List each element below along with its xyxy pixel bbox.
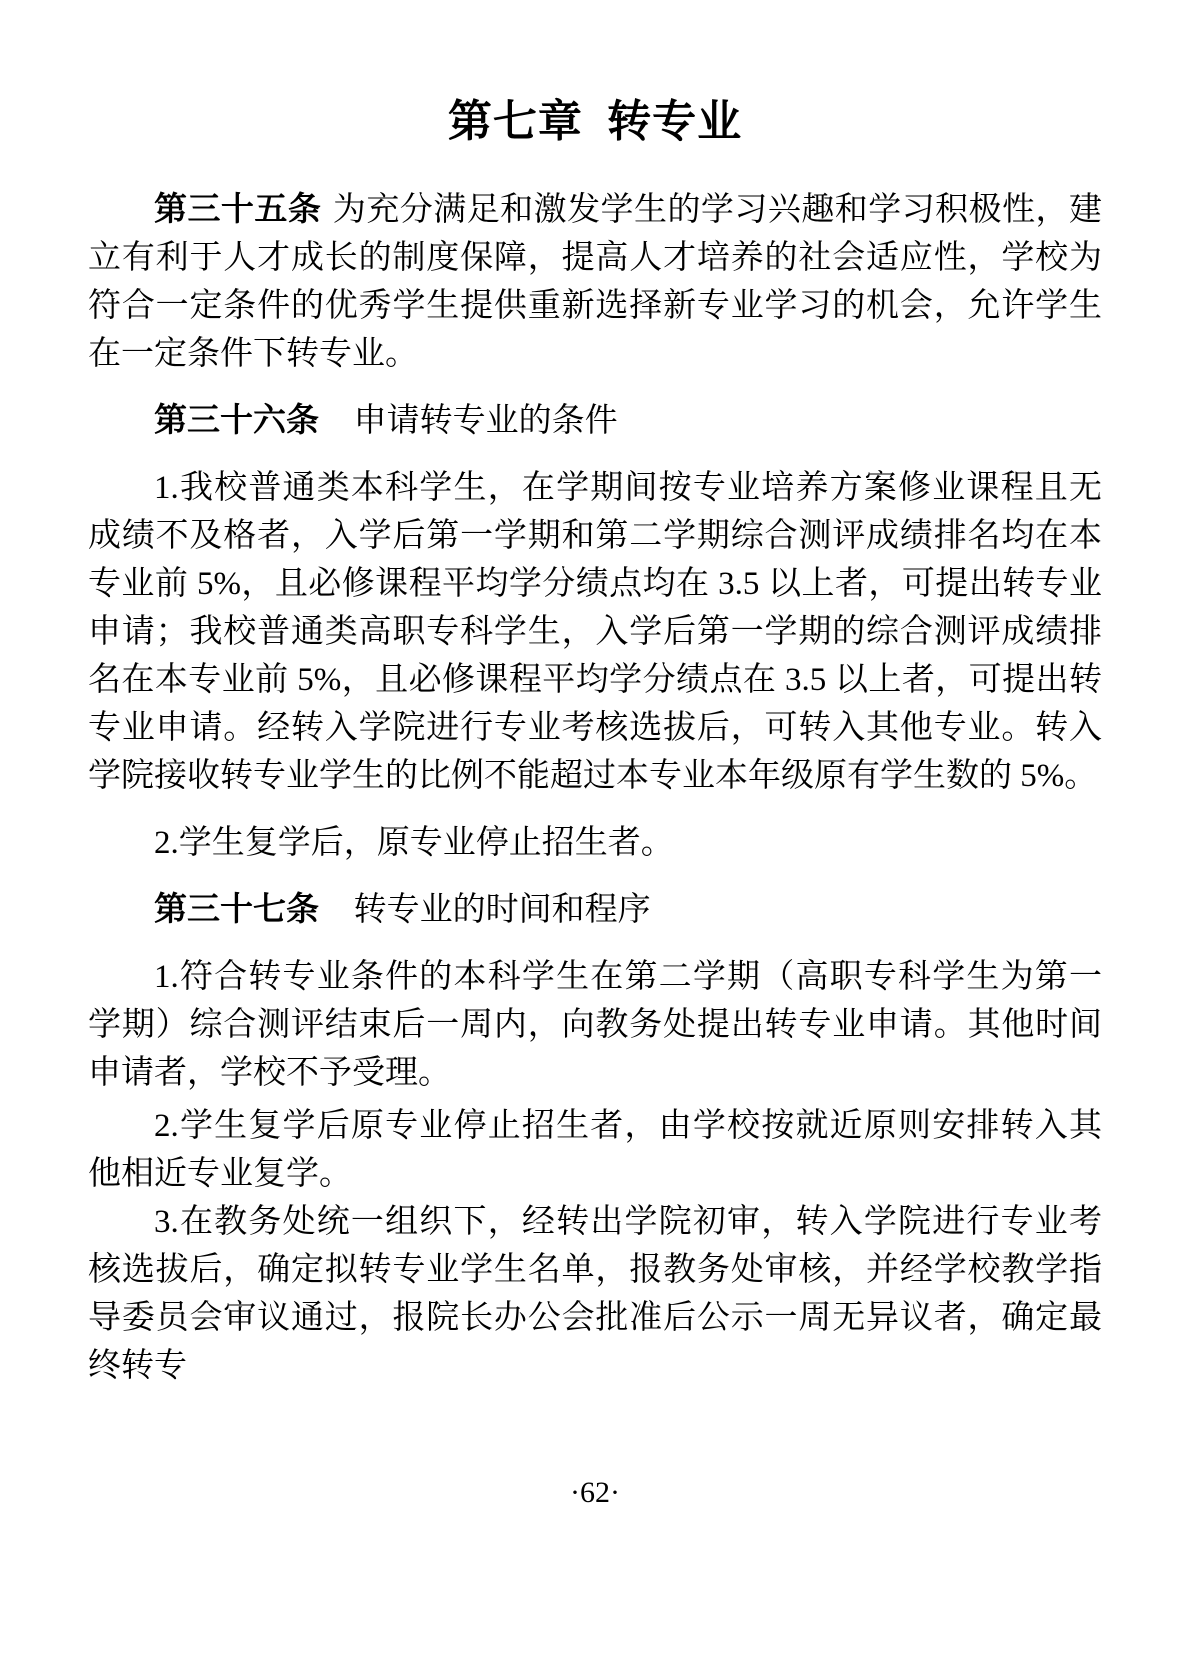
article-35-label: 第三十五条: [154, 192, 321, 228]
chapter-number: 第七章: [448, 97, 583, 146]
article-37-heading: 第三十七条转专业的时间和程序: [88, 886, 1102, 934]
article-36-heading-text: 申请转专业的条件: [354, 403, 618, 439]
article-36-item-2: 2.学生复学后，原专业停止招生者。: [88, 819, 1102, 867]
article-36-item-1: 1.我校普通类本科学生，在学期间按专业培养方案修业课程且无成绩不及格者，入学后第…: [88, 464, 1102, 800]
page-number: ·62·: [0, 1472, 1190, 1514]
article-37-item-1: 1.符合转专业条件的本科学生在第二学期（高职专科学生为第一学期）综合测评结束后一…: [88, 953, 1102, 1097]
document-page: 第七章转专业 第三十五条为充分满足和激发学生的学习兴趣和学习积极性，建立有利于人…: [0, 0, 1190, 1670]
article-37-item-2: 2.学生复学后原专业停止招生者，由学校按就近原则安排转入其他相近专业复学。: [88, 1102, 1102, 1198]
article-37-item-3: 3.在教务处统一组织下，经转出学院初审，转入学院进行专业考核选拔后，确定拟转专业…: [88, 1198, 1102, 1390]
article-36-heading: 第三十六条申请转专业的条件: [88, 397, 1102, 445]
article-37-heading-text: 转专业的时间和程序: [354, 892, 651, 928]
article-37-label: 第三十七条: [154, 892, 319, 928]
article-35-paragraph: 第三十五条为充分满足和激发学生的学习兴趣和学习积极性，建立有利于人才成长的制度保…: [88, 186, 1102, 378]
article-36-label: 第三十六条: [154, 403, 319, 439]
chapter-name: 转专业: [607, 97, 742, 146]
chapter-title: 第七章转专业: [88, 96, 1102, 148]
